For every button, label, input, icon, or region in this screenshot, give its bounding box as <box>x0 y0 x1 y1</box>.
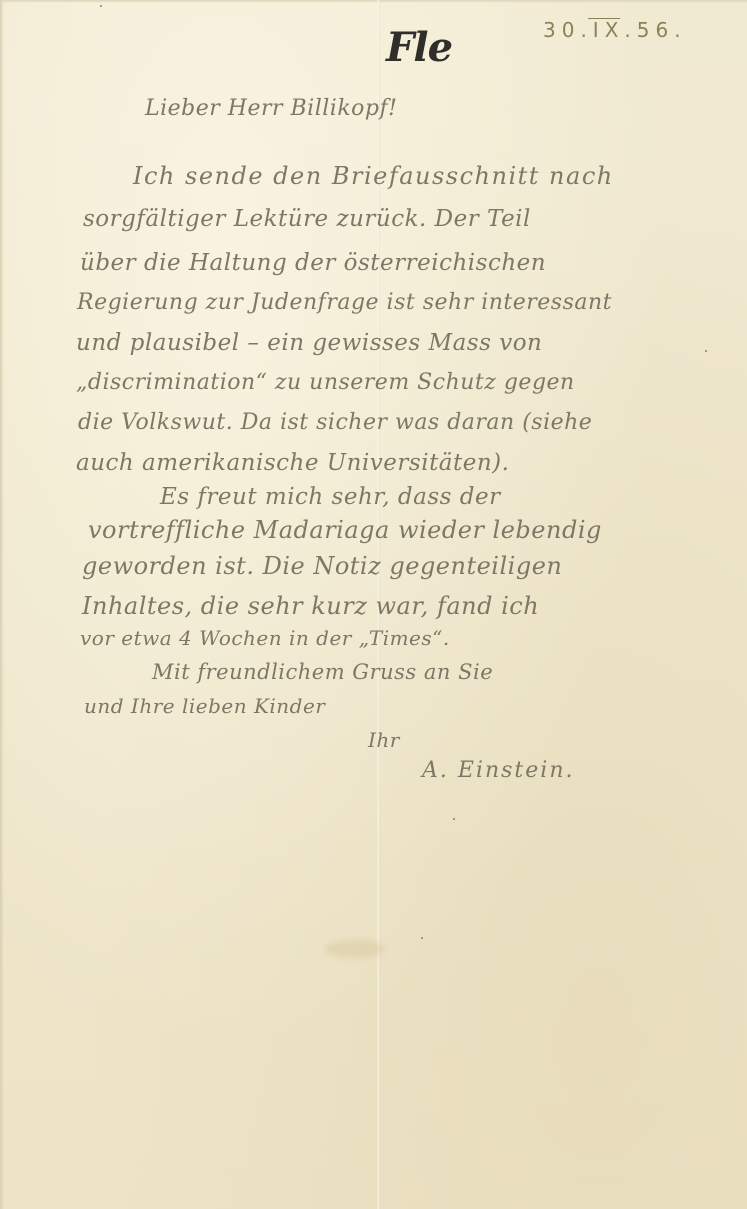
letter-line: Regierung zur Judenfrage ist sehr intere… <box>77 290 612 315</box>
letter-line: die Volkswut. Da ist sicher was daran (s… <box>78 410 592 435</box>
letter-line: vortreffliche Madariaga wieder lebendig <box>88 516 602 544</box>
letter-line: und Ihre lieben Kinder <box>84 694 325 718</box>
paper-speck <box>421 937 423 939</box>
letter-line: „discrimination“ zu unserem Schutz gegen <box>76 370 575 395</box>
letter-line: über die Haltung der österreichischen <box>80 250 546 276</box>
letter-line: vor etwa 4 Wochen in der „Times“. <box>80 626 450 650</box>
salutation: Lieber Herr Billikopf! <box>145 96 397 121</box>
signature: A. Einstein. <box>422 758 575 783</box>
letter-line: auch amerikanische Universitäten). <box>76 450 509 476</box>
paper-stain <box>325 940 385 958</box>
letter-line: und plausibel – ein gewisses Mass von <box>76 330 542 356</box>
date-note: 30.IX.56. <box>543 18 687 42</box>
paper-edge-top <box>0 0 747 3</box>
paper-speck <box>705 350 707 352</box>
letter-line: sorgfältiger Lektüre zurück. Der Teil <box>83 206 531 232</box>
date-overline <box>588 18 620 19</box>
letter-paper: Fle 30.IX.56. Lieber Herr Billikopf! Ich… <box>0 0 747 1209</box>
paper-edge-left <box>0 0 4 1209</box>
letter-line: Inhaltes, die sehr kurz war, fand ich <box>82 592 539 620</box>
closing: Ihr <box>368 728 400 752</box>
letter-line: geworden ist. Die Notiz gegenteiligen <box>82 552 562 580</box>
paper-speck <box>453 818 455 820</box>
letter-line: Ich sende den Briefausschnitt nach <box>133 162 614 190</box>
file-annotation-mark: Fle <box>386 24 452 71</box>
letter-line: Mit freundlichem Gruss an Sie <box>152 660 493 684</box>
letter-line: Es freut mich sehr, dass der <box>160 484 501 510</box>
paper-speck <box>100 5 102 7</box>
